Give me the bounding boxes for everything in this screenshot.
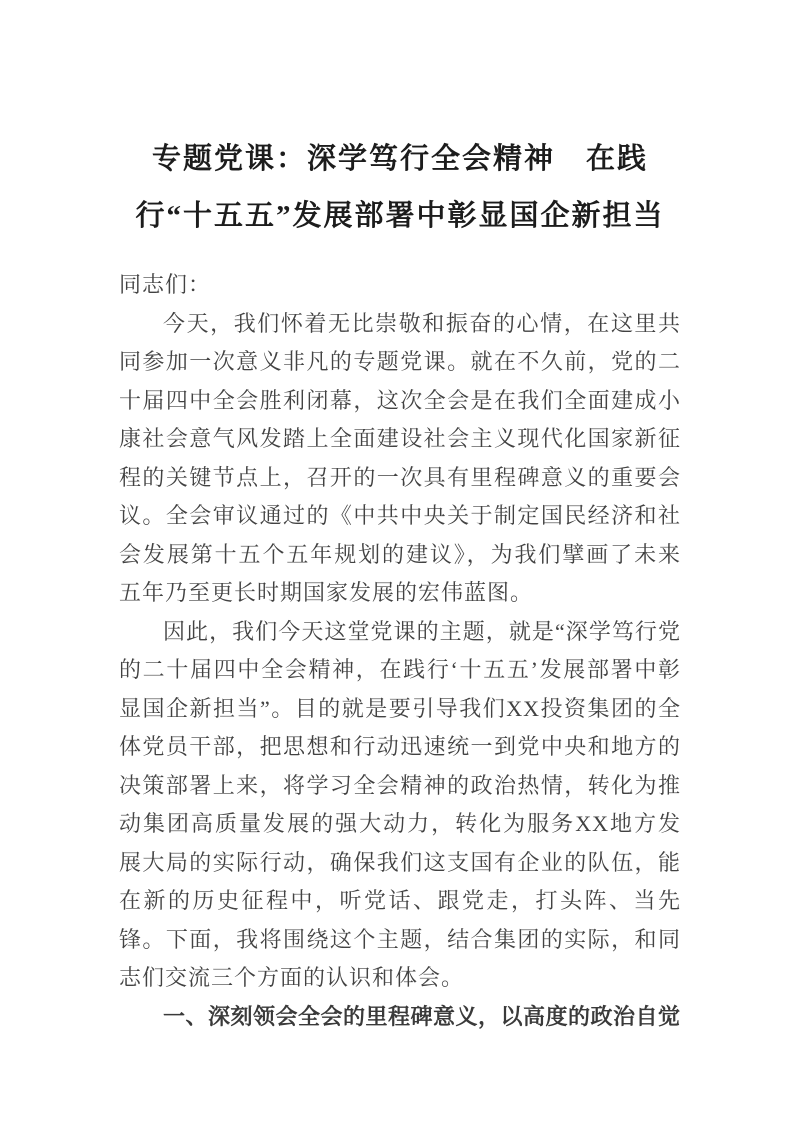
salutation-line: 同志们： bbox=[119, 266, 681, 305]
section-heading-1: 一、深刻领会全会的里程碑意义，以高度的政治自觉 bbox=[119, 998, 681, 1037]
paragraph-2: 因此，我们今天这堂党课的主题，就是“深学笃行党的二十届四中全会精神，在践行‘十五… bbox=[119, 613, 681, 998]
document-page: 专题党课：深学笃行全会精神 在践行“十五五”发展部署中彰显国企新担当 同志们： … bbox=[0, 0, 800, 1131]
paragraph-1: 今天，我们怀着无比崇敬和振奋的心情，在这里共同参加一次意义非凡的专题党课。就在不… bbox=[119, 305, 681, 613]
document-title: 专题党课：深学笃行全会精神 在践行“十五五”发展部署中彰显国企新担当 bbox=[119, 131, 681, 245]
document-body: 同志们： 今天，我们怀着无比崇敬和振奋的心情，在这里共同参加一次意义非凡的专题党… bbox=[119, 266, 681, 1036]
